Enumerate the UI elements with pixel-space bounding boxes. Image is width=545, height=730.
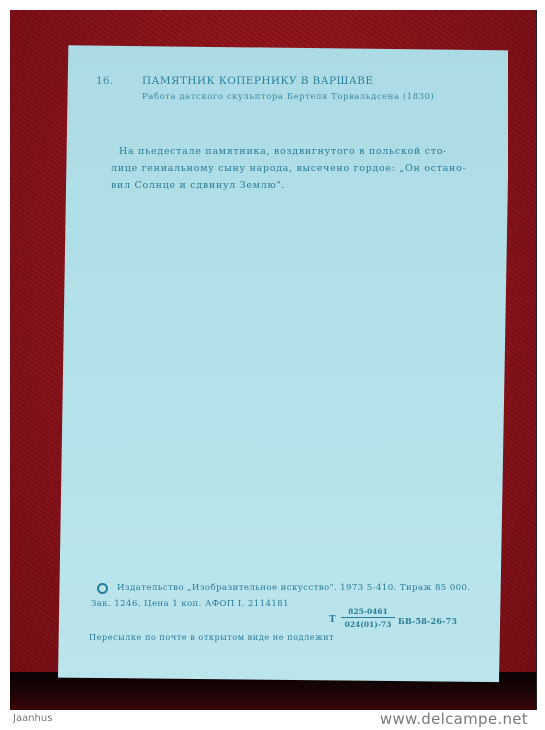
catalog-code-prefix: Т bbox=[329, 615, 336, 625]
catalog-code-fraction: 825-0461 024(01)-73 bbox=[341, 607, 395, 629]
card-number: 16. bbox=[96, 75, 113, 87]
mail-note: Пересылке по почте в открытом виде не по… bbox=[89, 632, 334, 642]
description-line-2: лице гениальному сыну народа, высечено г… bbox=[111, 163, 466, 174]
description-line-1: На пьедестале памятника, воздвигнутого в… bbox=[119, 146, 447, 157]
publisher-line: Издательство „Изобразительное искусство"… bbox=[117, 583, 471, 593]
card-title: ПАМЯТНИК КОПЕРНИКУ В ВАРШАВЕ bbox=[142, 75, 373, 87]
catalog-code-suffix: БВ-58-26-73 bbox=[398, 616, 457, 626]
catalog-code-denominator: 024(01)-73 bbox=[341, 618, 395, 629]
description-line-3: вил Солнце и сдвинул Землю". bbox=[111, 180, 285, 191]
copyright-icon bbox=[97, 583, 108, 594]
catalog-code-numerator: 825-0461 bbox=[341, 607, 395, 618]
order-price-line: Зак. 1246. Цена 1 коп. АФОП I. 2114181 bbox=[91, 599, 289, 609]
watermark-footer: Jaanhus www.delcampe.net bbox=[0, 710, 545, 730]
seller-name: Jaanhus bbox=[13, 713, 52, 724]
site-watermark: www.delcampe.net bbox=[380, 710, 528, 728]
card-subtitle: Работа датского скульптора Бертеля Торва… bbox=[142, 92, 434, 102]
